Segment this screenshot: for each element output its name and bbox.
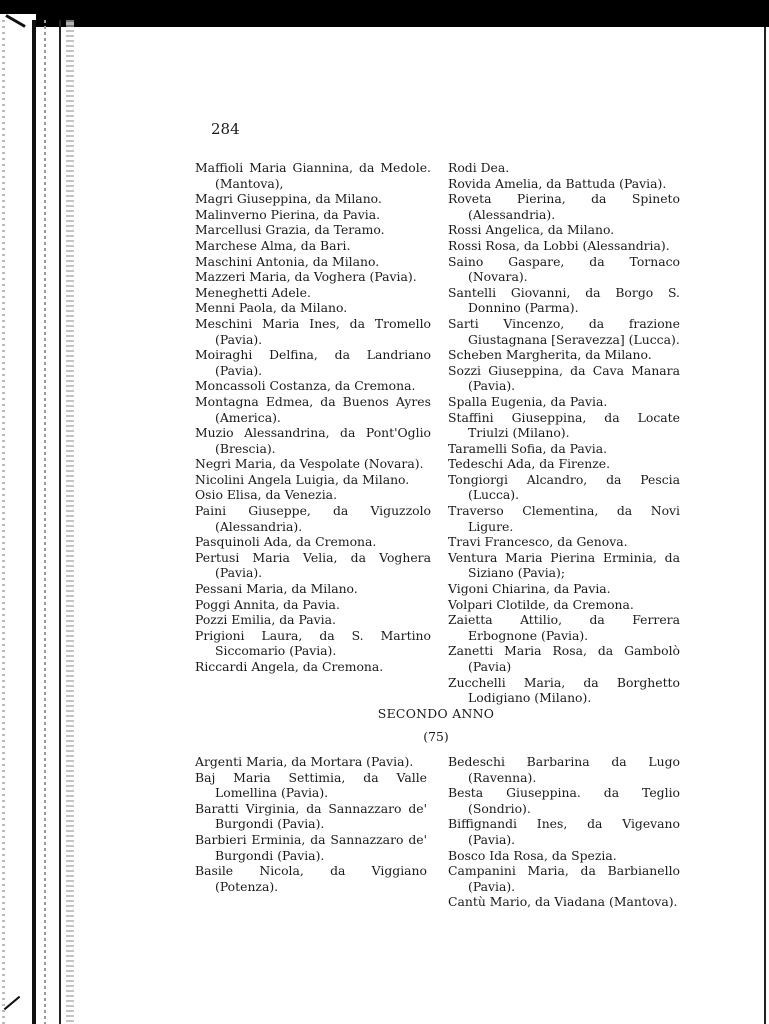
first-year-left-column: Maffioli Maria Giannina, da Medole. (Man… (195, 160, 431, 675)
list-item: Biffignandi Ines, da Vigevano (Pavia). (448, 816, 680, 847)
list-item: Marchese Alma, da Bari. (195, 238, 431, 254)
list-item: Maffioli Maria Giannina, da Medole. (Man… (195, 160, 431, 191)
list-item: Pessani Maria, da Milano. (195, 581, 431, 597)
list-item: Travi Francesco, da Genova. (448, 534, 680, 550)
list-item: Vigoni Chiarina, da Pavia. (448, 581, 680, 597)
scan-binding-edge (59, 20, 61, 1024)
list-item: Baratti Virginia, da Sannazzaro de' Burg… (195, 801, 427, 832)
second-year-right-column: Bedeschi Barbarina da Lugo (Ravenna). Be… (448, 754, 680, 910)
scan-binding-edge (32, 20, 36, 1024)
scan-binding-edge (2, 20, 5, 1024)
list-item: Montagna Edmea, da Buenos Ayres (America… (195, 394, 431, 425)
scan-binding-edge (44, 20, 46, 1024)
list-item: Muzio Alessandrina, da Pont'Oglio (Bresc… (195, 425, 431, 456)
list-item: Ventura Maria Pierina Erminia, da Sizian… (448, 550, 680, 581)
list-item: Santelli Giovanni, da Borgo S. Donnino (… (448, 285, 680, 316)
scan-corner-mark (4, 996, 21, 1010)
list-item: Malinverno Pierina, da Pavia. (195, 207, 431, 223)
scan-top-border (0, 0, 769, 27)
list-item: Moiraghi Delfina, da Landriano (Pavia). (195, 347, 431, 378)
list-item: Rossi Angelica, da Milano. (448, 222, 680, 238)
section-heading: SECONDO ANNO (0, 706, 769, 721)
page-number: 284 (211, 120, 240, 138)
list-item: Scheben Margherita, da Milano. (448, 347, 680, 363)
list-item: Tedeschi Ada, da Firenze. (448, 456, 680, 472)
list-item: Bedeschi Barbarina da Lugo (Ravenna). (448, 754, 680, 785)
list-item: Staffini Giuseppina, da Locate Triulzi (… (448, 410, 680, 441)
list-item: Rossi Rosa, da Lobbi (Alessandria). (448, 238, 680, 254)
list-item: Campanini Maria, da Barbianello (Pavia). (448, 863, 680, 894)
list-item: Zanetti Maria Rosa, da Gambolò (Pavia) (448, 643, 680, 674)
list-item: Riccardi Angela, da Cremona. (195, 659, 431, 675)
list-item: Saino Gaspare, da Tornaco (Novara). (448, 254, 680, 285)
list-item: Volpari Clotilde, da Cremona. (448, 597, 680, 613)
list-item: Marcellusi Grazia, da Teramo. (195, 222, 431, 238)
list-item: Argenti Maria, da Mortara (Pavia). (195, 754, 427, 770)
list-item: Meneghetti Adele. (195, 285, 431, 301)
list-item: Menni Paola, da Milano. (195, 300, 431, 316)
list-item: Sozzi Giuseppina, da Cava Manara (Pavia)… (448, 363, 680, 394)
list-item: Traverso Clementina, da Novi Ligure. (448, 503, 680, 534)
list-item: Nicolini Angela Luigia, da Milano. (195, 472, 431, 488)
list-item: Bosco Ida Rosa, da Spezia. (448, 848, 680, 864)
list-item: Prigioni Laura, da S. Martino Siccomario… (195, 628, 431, 659)
list-item: Pasquinoli Ada, da Cremona. (195, 534, 431, 550)
list-item: Zucchelli Maria, da Borghetto Lodigiano … (448, 675, 680, 706)
list-item: Pozzi Emilia, da Pavia. (195, 612, 431, 628)
list-item: Moncassoli Costanza, da Cremona. (195, 378, 431, 394)
list-item: Negri Maria, da Vespolate (Novara). (195, 456, 431, 472)
list-item: Barbieri Erminia, da Sannazzaro de' Burg… (195, 832, 427, 863)
list-item: Roveta Pierina, da Spineto (Alessandria)… (448, 191, 680, 222)
list-item: Maschini Antonia, da Milano. (195, 254, 431, 270)
list-item: Tongiorgi Alcandro, da Pescia (Lucca). (448, 472, 680, 503)
list-item: Rovida Amelia, da Battuda (Pavia). (448, 176, 680, 192)
list-item: Basile Nicola, da Viggiano (Potenza). (195, 863, 427, 894)
list-item: Rodi Dea. (448, 160, 680, 176)
list-item: Besta Giuseppina. da Teglio (Sondrio). (448, 785, 680, 816)
first-year-right-column: Rodi Dea. Rovida Amelia, da Battuda (Pav… (448, 160, 680, 706)
list-item: Spalla Eugenia, da Pavia. (448, 394, 680, 410)
list-item: Pertusi Maria Velia, da Voghera (Pavia). (195, 550, 431, 581)
second-year-left-column: Argenti Maria, da Mortara (Pavia). Baj M… (195, 754, 427, 894)
list-item: Osio Elisa, da Venezia. (195, 487, 431, 503)
list-item: Zaietta Attilio, da Ferrera Erbognone (P… (448, 612, 680, 643)
list-item: Meschini Maria Ines, da Tromello (Pavia)… (195, 316, 431, 347)
list-item: Taramelli Sofia, da Pavia. (448, 441, 680, 457)
list-item: Sarti Vincenzo, da frazione Giustagnana … (448, 316, 680, 347)
list-item: Cantù Mario, da Viadana (Mantova). (448, 894, 680, 910)
list-item: Mazzeri Maria, da Voghera (Pavia). (195, 269, 431, 285)
scan-binding-edge (66, 20, 74, 1024)
scan-right-edge (764, 27, 766, 1024)
list-item: Paini Giuseppe, da Viguzzolo (Alessandri… (195, 503, 431, 534)
list-item: Poggi Annita, da Pavia. (195, 597, 431, 613)
section-count: (75) (0, 729, 769, 744)
list-item: Baj Maria Settimia, da Valle Lomellina (… (195, 770, 427, 801)
list-item: Magri Giuseppina, da Milano. (195, 191, 431, 207)
